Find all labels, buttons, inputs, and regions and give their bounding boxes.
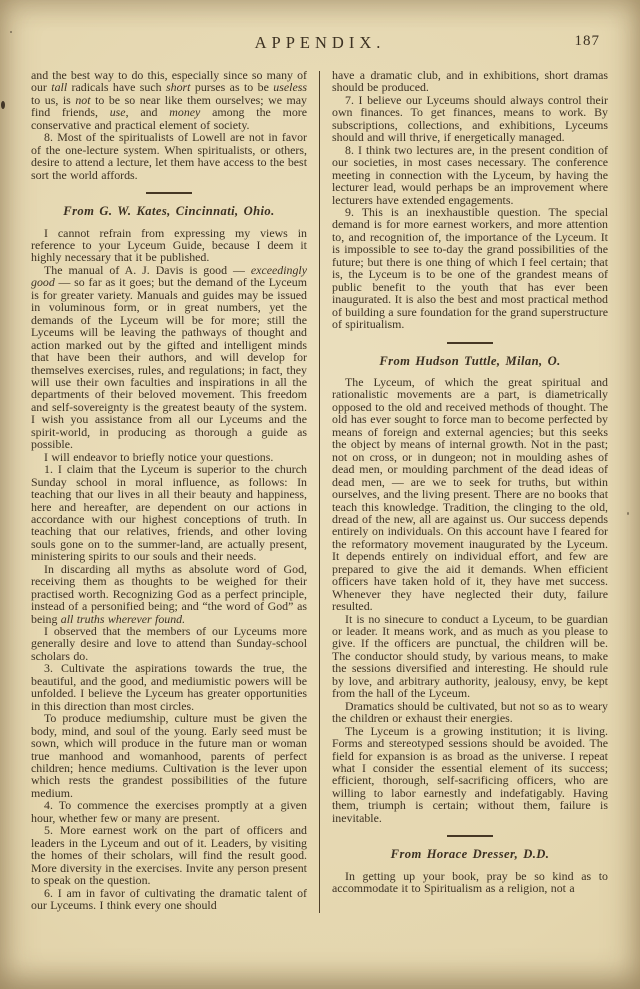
paragraph: I observed that the members of our Lyceu… [31, 625, 307, 662]
section-divider-rule [146, 192, 192, 194]
paper-speck [10, 31, 12, 33]
paragraph: In discarding all myths as absolute word… [31, 563, 307, 625]
section-divider-rule [447, 835, 493, 837]
paragraph: Dramatics should be cultivated, but not … [332, 700, 608, 725]
section-heading: From Hudson Tuttle, Milan, O. [332, 355, 608, 367]
paragraph: 3. Cultivate the aspirations towards the… [31, 662, 307, 712]
page-number: 187 [575, 33, 601, 50]
right-column: have a dramatic club, and in exhibitions… [332, 69, 608, 921]
paragraph: 8. I think two lectures are, in the pres… [332, 144, 608, 206]
paragraph: 9. This is an inexhaustible question. Th… [332, 206, 608, 331]
paragraph: The manual of A. J. Davis is good — exce… [31, 264, 307, 451]
paragraph: and the best way to do this, especially … [31, 69, 307, 131]
section-heading: From G. W. Kates, Cincinnati, Ohio. [31, 205, 307, 217]
running-head-title: APPENDIX. [0, 33, 640, 53]
paragraph: The Lyceum is a growing institution; it … [332, 725, 608, 825]
paragraph: 8. Most of the spiritualists of Lowell a… [31, 131, 307, 181]
paragraph: 6. I am in favor of cultivating the dram… [31, 887, 307, 912]
paragraph: have a dramatic club, and in exhibitions… [332, 69, 608, 94]
paragraph: 4. To commence the exercises promptly at… [31, 799, 307, 824]
paragraph: In getting up your book, pray be so kind… [332, 870, 608, 895]
section-heading: From Horace Dresser, D.D. [332, 848, 608, 860]
paragraph: It is no sinecure to conduct a Lyceum, t… [332, 613, 608, 700]
paragraph: I cannot refrain from expressing my view… [31, 227, 307, 264]
page-content: and the best way to do this, especially … [31, 69, 609, 921]
paragraph: To produce mediumship, culture must be g… [31, 712, 307, 799]
paragraph: 1. I claim that the Lyceum is superior t… [31, 463, 307, 563]
paper-speck [1, 101, 5, 109]
paragraph: 5. More earnest work on the part of offi… [31, 824, 307, 886]
left-column: and the best way to do this, especially … [31, 69, 307, 921]
paper-speck [627, 512, 629, 515]
paragraph: 7. I believe our Lyceums should always c… [332, 94, 608, 144]
column-divider-rule [319, 71, 320, 913]
paragraph: The Lyceum, of which the great spiritual… [332, 376, 608, 613]
book-page: APPENDIX. 187 and the best way to do thi… [0, 0, 640, 989]
section-divider-rule [447, 342, 493, 344]
